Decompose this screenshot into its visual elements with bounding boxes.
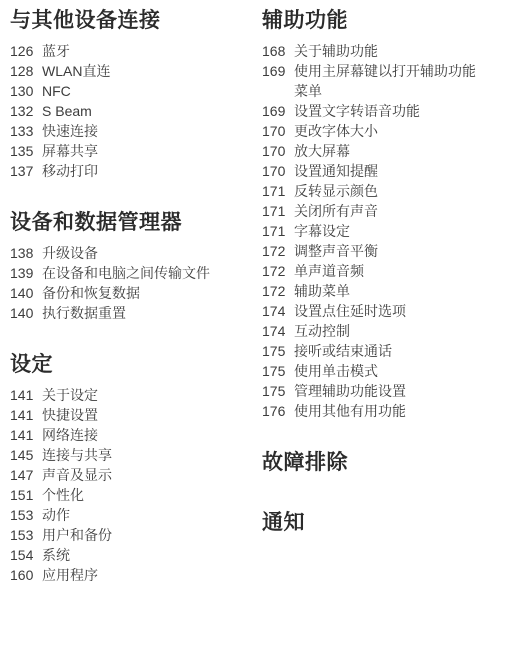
- toc-entry-label: 互动控制: [294, 321, 488, 341]
- toc-entry-label: 调整声音平衡: [294, 241, 488, 261]
- toc-entry-label: 屏幕共享: [42, 141, 250, 161]
- toc-entry-label: 升级设备: [42, 243, 250, 263]
- toc-section-heading: 辅助功能: [262, 9, 488, 33]
- toc-entry-page-number: 126: [10, 41, 36, 61]
- toc-section: 通知: [262, 511, 488, 535]
- toc-entry-list: 141 关于设定 141 快捷设置 141 网络连接 145 连接与共享 147…: [10, 385, 250, 585]
- toc-entry-page-number: 170: [262, 161, 288, 181]
- toc-entry-page-number: 137: [10, 161, 36, 181]
- toc-entry-label: 设置文字转语音功能: [294, 101, 488, 121]
- toc-page: 与其他设备连接 126 蓝牙 128 WLAN直连 130 NFC 132 S …: [0, 0, 508, 646]
- toc-entry-page-number: 141: [10, 385, 36, 405]
- toc-entry-label: S Beam: [42, 101, 250, 121]
- toc-entry[interactable]: 135 屏幕共享: [10, 141, 250, 161]
- toc-section-heading: 设定: [10, 353, 250, 377]
- toc-entry-label: 使用单击模式: [294, 361, 488, 381]
- toc-entry-page-number: 145: [10, 445, 36, 465]
- toc-entry-page-number: 170: [262, 141, 288, 161]
- toc-entry-label: 系统: [42, 545, 250, 565]
- toc-entry-page-number: 135: [10, 141, 36, 161]
- toc-entry[interactable]: 147 声音及显示: [10, 465, 250, 485]
- toc-entry-page-number: 174: [262, 301, 288, 321]
- toc-entry[interactable]: 130 NFC: [10, 81, 250, 101]
- toc-entry-label: 快速连接: [42, 121, 250, 141]
- toc-entry[interactable]: 169 使用主屏幕键以打开辅助功能菜单: [262, 61, 488, 101]
- toc-entry-list: 138 升级设备 139 在设备和电脑之间传输文件 140 备份和恢复数据 14…: [10, 243, 250, 323]
- toc-entry[interactable]: 140 执行数据重置: [10, 303, 250, 323]
- toc-entry[interactable]: 168 关于辅助功能: [262, 41, 488, 61]
- toc-entry[interactable]: 169 设置文字转语音功能: [262, 101, 488, 121]
- toc-entry-page-number: 174: [262, 321, 288, 341]
- toc-entry[interactable]: 137 移动打印: [10, 161, 250, 181]
- toc-entry-page-number: 168: [262, 41, 288, 61]
- toc-entry[interactable]: 133 快速连接: [10, 121, 250, 141]
- toc-entry-label: 反转显示颜色: [294, 181, 488, 201]
- toc-entry-label: 连接与共享: [42, 445, 250, 465]
- toc-entry-page-number: 138: [10, 243, 36, 263]
- toc-entry[interactable]: 176 使用其他有用功能: [262, 401, 488, 421]
- toc-entry-label: 关于设定: [42, 385, 250, 405]
- toc-entry[interactable]: 141 快捷设置: [10, 405, 250, 425]
- toc-entry[interactable]: 141 关于设定: [10, 385, 250, 405]
- toc-entry[interactable]: 170 更改字体大小: [262, 121, 488, 141]
- toc-entry-page-number: 175: [262, 361, 288, 381]
- toc-entry-label: 备份和恢复数据: [42, 283, 250, 303]
- toc-entry-label: 接听或结束通话: [294, 341, 488, 361]
- toc-entry-page-number: 172: [262, 281, 288, 301]
- toc-entry-label: 关闭所有声音: [294, 201, 488, 221]
- toc-entry[interactable]: 171 字幕设定: [262, 221, 488, 241]
- toc-entry[interactable]: 174 互动控制: [262, 321, 488, 341]
- toc-section: 辅助功能 168 关于辅助功能 169 使用主屏幕键以打开辅助功能菜单 169 …: [262, 9, 488, 421]
- toc-section: 设定 141 关于设定 141 快捷设置 141 网络连接 145 连接与共享 …: [10, 353, 250, 585]
- toc-entry[interactable]: 172 调整声音平衡: [262, 241, 488, 261]
- toc-entry-label: 个性化: [42, 485, 250, 505]
- toc-entry-page-number: 172: [262, 261, 288, 281]
- toc-entry-label: 动作: [42, 505, 250, 525]
- toc-entry[interactable]: 138 升级设备: [10, 243, 250, 263]
- toc-entry-page-number: 139: [10, 263, 36, 283]
- toc-entry-page-number: 133: [10, 121, 36, 141]
- toc-column-right: 辅助功能 168 关于辅助功能 169 使用主屏幕键以打开辅助功能菜单 169 …: [262, 9, 488, 571]
- toc-entry-label: WLAN直连: [42, 61, 250, 81]
- toc-entry-label: 字幕设定: [294, 221, 488, 241]
- toc-entry-label: 蓝牙: [42, 41, 250, 61]
- toc-entry-list: 126 蓝牙 128 WLAN直连 130 NFC 132 S Beam 133…: [10, 41, 250, 181]
- toc-section-heading: 设备和数据管理器: [10, 211, 250, 235]
- toc-entry-page-number: 154: [10, 545, 36, 565]
- toc-entry-page-number: 175: [262, 381, 288, 401]
- toc-entry[interactable]: 126 蓝牙: [10, 41, 250, 61]
- toc-entry-page-number: 153: [10, 525, 36, 545]
- toc-entry-page-number: 171: [262, 221, 288, 241]
- toc-entry-page-number: 128: [10, 61, 36, 81]
- toc-entry-label: 使用其他有用功能: [294, 401, 488, 421]
- toc-entry[interactable]: 153 动作: [10, 505, 250, 525]
- toc-entry-page-number: 171: [262, 201, 288, 221]
- toc-section: 故障排除: [262, 451, 488, 475]
- toc-entry-label: 管理辅助功能设置: [294, 381, 488, 401]
- toc-entry[interactable]: 175 使用单击模式: [262, 361, 488, 381]
- toc-entry-page-number: 171: [262, 181, 288, 201]
- toc-entry[interactable]: 171 反转显示颜色: [262, 181, 488, 201]
- toc-entry-label: 设置点住延时选项: [294, 301, 488, 321]
- toc-entry-page-number: 141: [10, 425, 36, 445]
- toc-entry-page-number: 132: [10, 101, 36, 121]
- toc-entry[interactable]: 172 单声道音频: [262, 261, 488, 281]
- toc-entry[interactable]: 160 应用程序: [10, 565, 250, 585]
- toc-entry-label: 移动打印: [42, 161, 250, 181]
- toc-entry[interactable]: 132 S Beam: [10, 101, 250, 121]
- toc-entry[interactable]: 128 WLAN直连: [10, 61, 250, 81]
- toc-entry-label: NFC: [42, 81, 250, 101]
- toc-entry-page-number: 169: [262, 101, 288, 121]
- toc-entry-label: 在设备和电脑之间传输文件: [42, 263, 250, 283]
- toc-entry-page-number: 175: [262, 341, 288, 361]
- toc-entry-page-number: 140: [10, 283, 36, 303]
- toc-entry-label: 声音及显示: [42, 465, 250, 485]
- toc-entry-page-number: 140: [10, 303, 36, 323]
- toc-section-heading: 故障排除: [262, 451, 488, 475]
- toc-entry-label: 放大屏幕: [294, 141, 488, 161]
- toc-entry-label: 应用程序: [42, 565, 250, 585]
- toc-entry-page-number: 153: [10, 505, 36, 525]
- toc-entry[interactable]: 174 设置点住延时选项: [262, 301, 488, 321]
- toc-entry[interactable]: 175 管理辅助功能设置: [262, 381, 488, 401]
- toc-entry-label: 使用主屏幕键以打开辅助功能菜单: [294, 61, 488, 101]
- toc-section-heading: 通知: [262, 511, 488, 535]
- toc-entry-page-number: 151: [10, 485, 36, 505]
- toc-entry[interactable]: 139 在设备和电脑之间传输文件: [10, 263, 250, 283]
- toc-entry[interactable]: 154 系统: [10, 545, 250, 565]
- toc-entry[interactable]: 175 接听或结束通话: [262, 341, 488, 361]
- toc-entry[interactable]: 140 备份和恢复数据: [10, 283, 250, 303]
- toc-entry-page-number: 147: [10, 465, 36, 485]
- toc-entry-page-number: 141: [10, 405, 36, 425]
- toc-section-heading: 与其他设备连接: [10, 9, 250, 33]
- toc-entry-label: 设置通知提醒: [294, 161, 488, 181]
- toc-entry[interactable]: 171 关闭所有声音: [262, 201, 488, 221]
- toc-entry-list: 168 关于辅助功能 169 使用主屏幕键以打开辅助功能菜单 169 设置文字转…: [262, 41, 488, 421]
- toc-entry[interactable]: 170 放大屏幕: [262, 141, 488, 161]
- toc-entry[interactable]: 153 用户和备份: [10, 525, 250, 545]
- toc-entry[interactable]: 151 个性化: [10, 485, 250, 505]
- toc-entry-page-number: 176: [262, 401, 288, 421]
- toc-column-left: 与其他设备连接 126 蓝牙 128 WLAN直连 130 NFC 132 S …: [10, 9, 250, 615]
- toc-entry-label: 快捷设置: [42, 405, 250, 425]
- toc-entry-page-number: 130: [10, 81, 36, 101]
- toc-entry[interactable]: 170 设置通知提醒: [262, 161, 488, 181]
- toc-entry-page-number: 170: [262, 121, 288, 141]
- toc-entry[interactable]: 172 辅助菜单: [262, 281, 488, 301]
- toc-entry-page-number: 172: [262, 241, 288, 261]
- toc-entry-label: 网络连接: [42, 425, 250, 445]
- toc-section: 与其他设备连接 126 蓝牙 128 WLAN直连 130 NFC 132 S …: [10, 9, 250, 181]
- toc-entry[interactable]: 141 网络连接: [10, 425, 250, 445]
- toc-entry-label: 辅助菜单: [294, 281, 488, 301]
- toc-entry-label: 用户和备份: [42, 525, 250, 545]
- toc-entry-label: 更改字体大小: [294, 121, 488, 141]
- toc-entry[interactable]: 145 连接与共享: [10, 445, 250, 465]
- toc-section: 设备和数据管理器 138 升级设备 139 在设备和电脑之间传输文件 140 备…: [10, 211, 250, 323]
- toc-entry-label: 单声道音频: [294, 261, 488, 281]
- toc-entry-label: 执行数据重置: [42, 303, 250, 323]
- toc-entry-page-number: 160: [10, 565, 36, 585]
- toc-entry-page-number: 169: [262, 61, 288, 81]
- toc-entry-label: 关于辅助功能: [294, 41, 488, 61]
